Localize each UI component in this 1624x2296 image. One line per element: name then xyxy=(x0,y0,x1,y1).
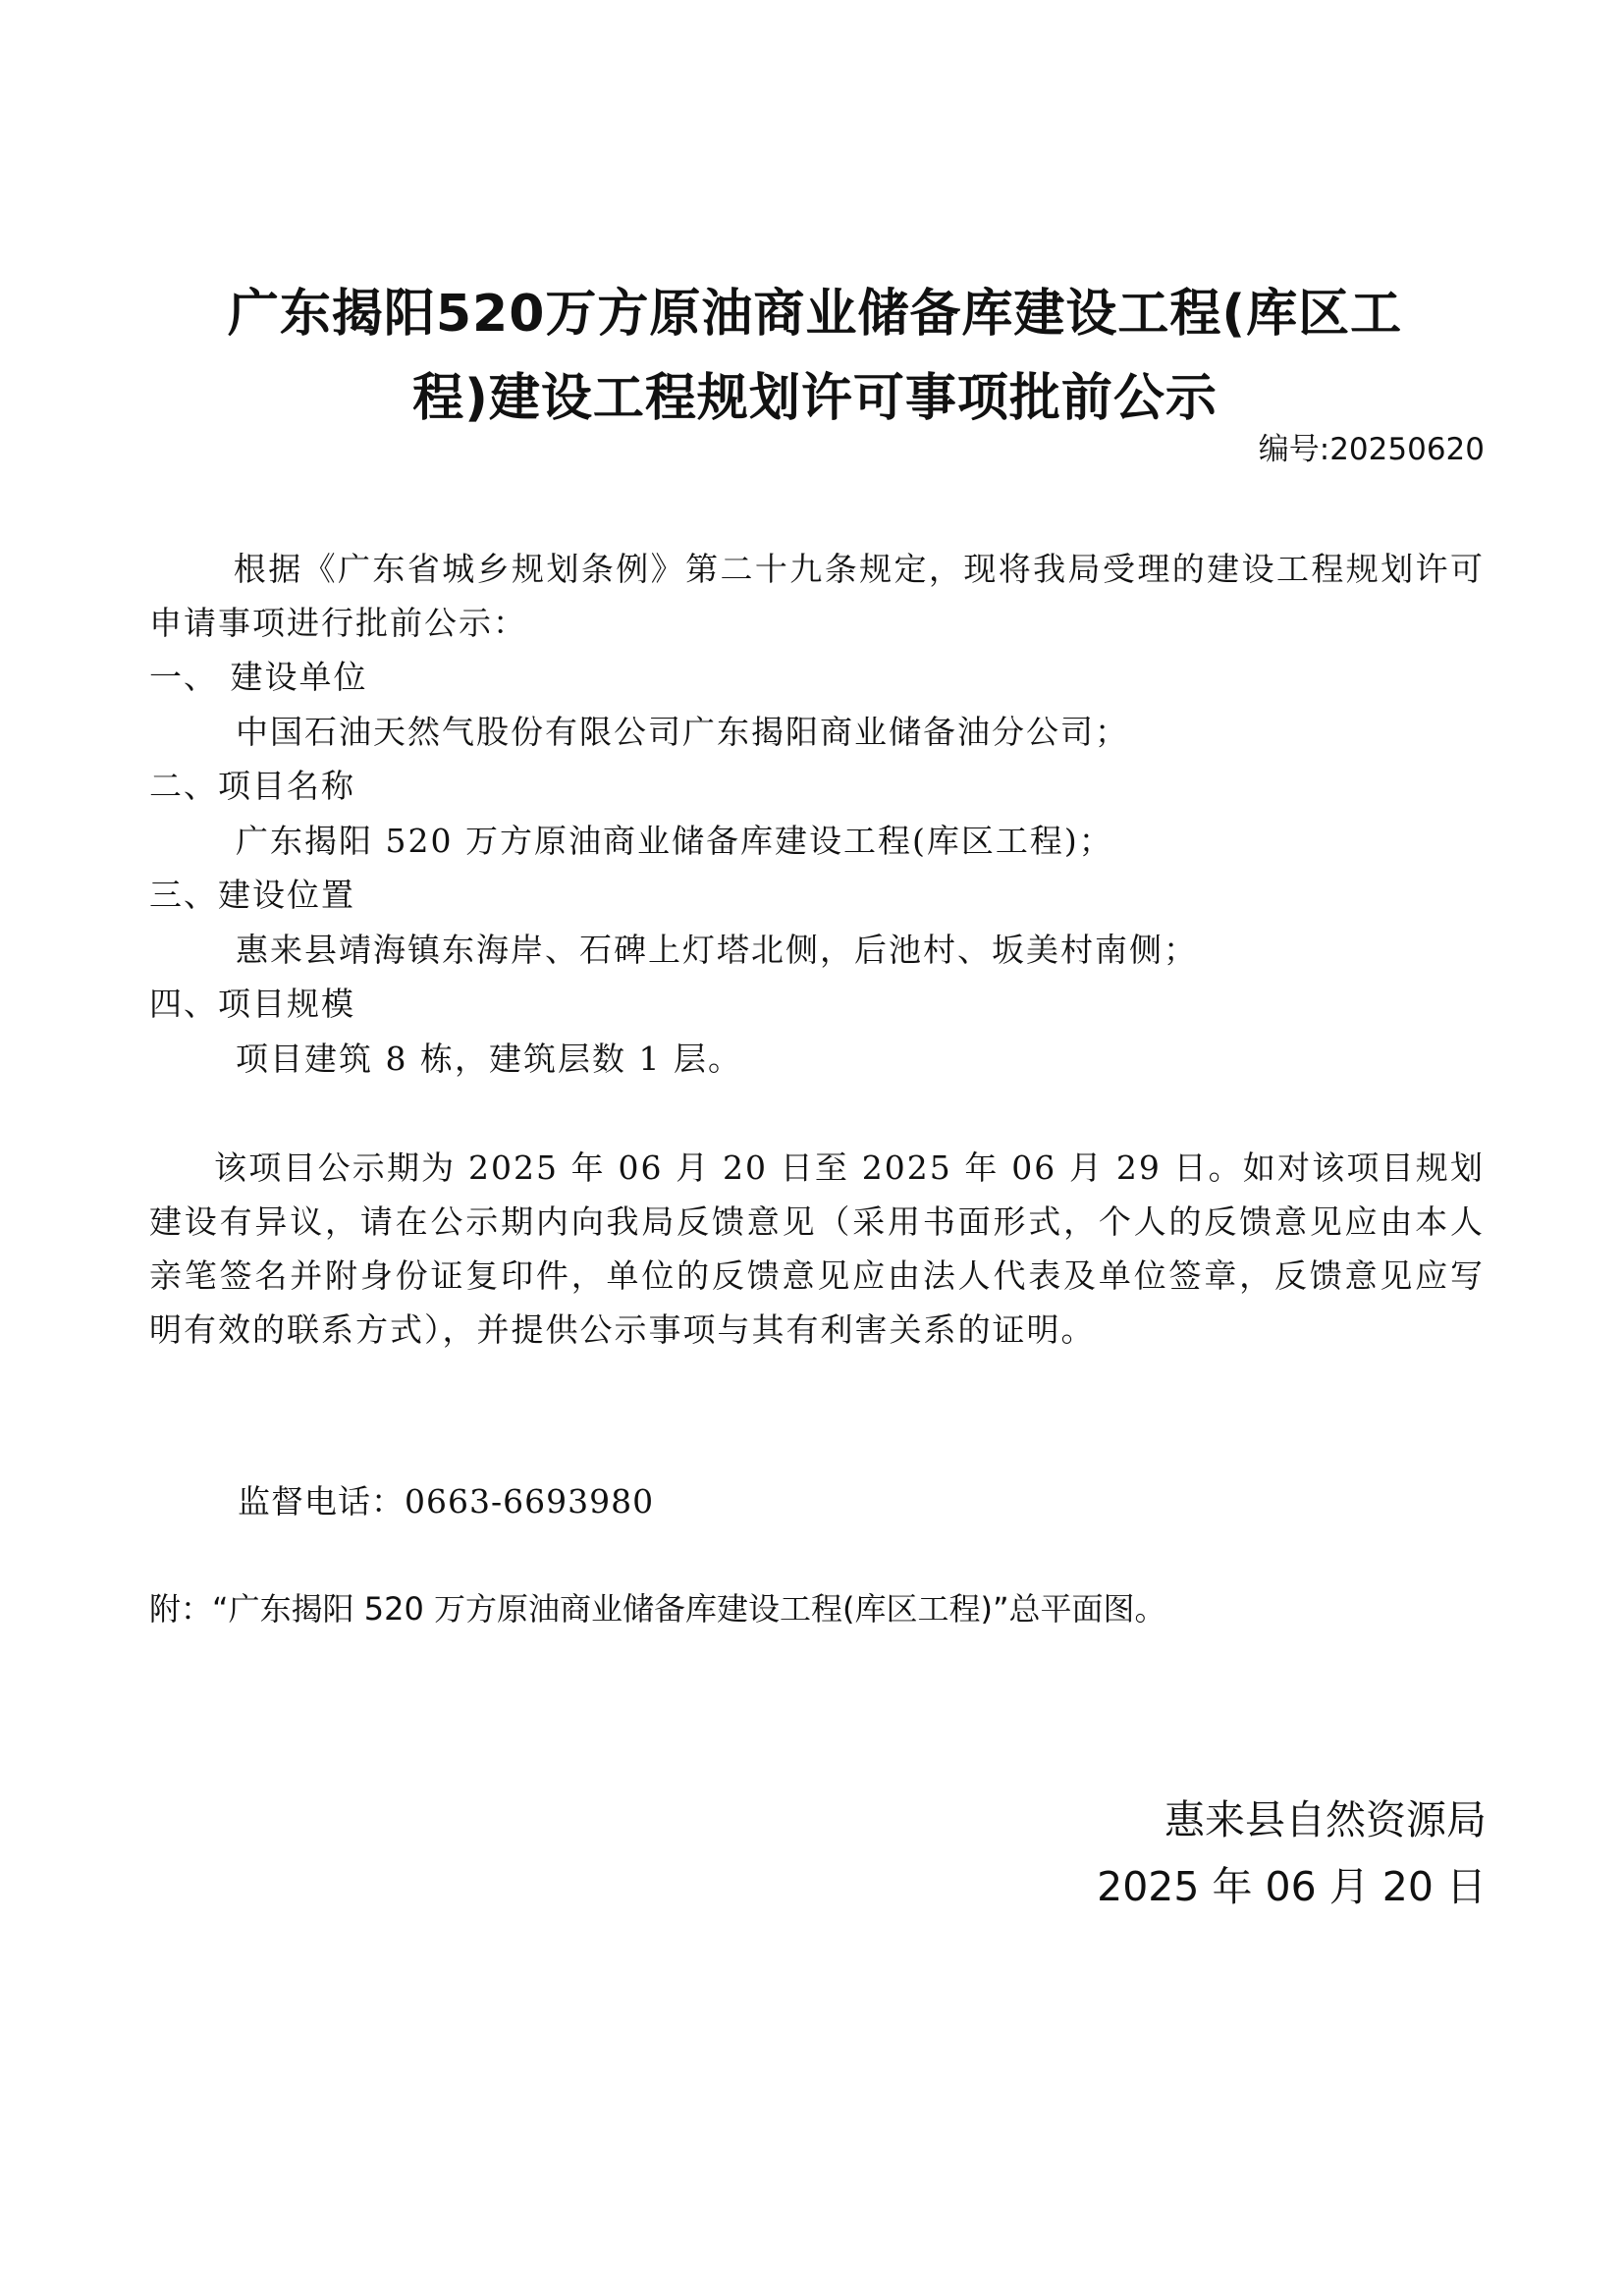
section-content: 项目建筑 8 栋，建筑层数 1 层。 xyxy=(149,1032,1485,1087)
document-page: 广东揭阳520万方原油商业储备库建设工程(库区工 程)建设工程规划许可事项批前公… xyxy=(0,0,1624,2296)
intro-paragraph: 根据《广东省城乡规划条例》第二十九条规定，现将我局受理的建设工程规划许可申请事项… xyxy=(149,542,1485,650)
section-location: 三、建设位置 惠来县靖海镇东海岸、石碑上灯塔北侧，后池村、坂美村南侧； xyxy=(149,868,1485,977)
section-content: 中国石油天然气股份有限公司广东揭阳商业储备油分公司； xyxy=(149,705,1485,760)
intro-block: 根据《广东省城乡规划条例》第二十九条规定，现将我局受理的建设工程规划许可申请事项… xyxy=(149,542,1485,650)
section-content: 广东揭阳 520 万方原油商业储备库建设工程(库区工程)； xyxy=(149,814,1485,869)
section-project-name: 二、项目名称 广东揭阳 520 万方原油商业储备库建设工程(库区工程)； xyxy=(149,759,1485,868)
sections-list: 一、 建设单位 中国石油天然气股份有限公司广东揭阳商业储备油分公司； 二、项目名… xyxy=(149,650,1485,1086)
document-number: 编号:20250620 xyxy=(1259,430,1485,469)
section-heading: 二、项目名称 xyxy=(149,759,1485,814)
section-heading: 一、 建设单位 xyxy=(149,650,1485,705)
section-construction-unit: 一、 建设单位 中国石油天然气股份有限公司广东揭阳商业储备油分公司； xyxy=(149,650,1485,759)
section-heading: 四、项目规模 xyxy=(149,977,1485,1032)
supervision-hotline: 监督电话：0663-6693980 xyxy=(238,1474,654,1528)
notice-block: 该项目公示期为 2025 年 06 月 20 日至 2025 年 06 月 29… xyxy=(149,1141,1485,1357)
signature-block: 惠来县自然资源局 2025 年 06 月 20 日 xyxy=(1097,1787,1487,1920)
issue-date: 2025 年 06 月 20 日 xyxy=(1097,1853,1487,1920)
notice-paragraph: 该项目公示期为 2025 年 06 月 20 日至 2025 年 06 月 29… xyxy=(149,1141,1485,1357)
title-line-1: 广东揭阳520万方原油商业储备库建设工程(库区工 xyxy=(137,272,1492,356)
document-title: 广东揭阳520万方原油商业储备库建设工程(库区工 程)建设工程规划许可事项批前公… xyxy=(137,272,1492,441)
issuer-name: 惠来县自然资源局 xyxy=(1097,1787,1487,1853)
section-scale: 四、项目规模 项目建筑 8 栋，建筑层数 1 层。 xyxy=(149,977,1485,1086)
section-heading: 三、建设位置 xyxy=(149,868,1485,923)
attachment-note: 附：“广东揭阳 520 万方原油商业储备库建设工程(库区工程)”总平面图。 xyxy=(149,1582,1166,1636)
title-line-2: 程)建设工程规划许可事项批前公示 xyxy=(137,356,1492,441)
section-content: 惠来县靖海镇东海岸、石碑上灯塔北侧，后池村、坂美村南侧； xyxy=(149,923,1485,978)
